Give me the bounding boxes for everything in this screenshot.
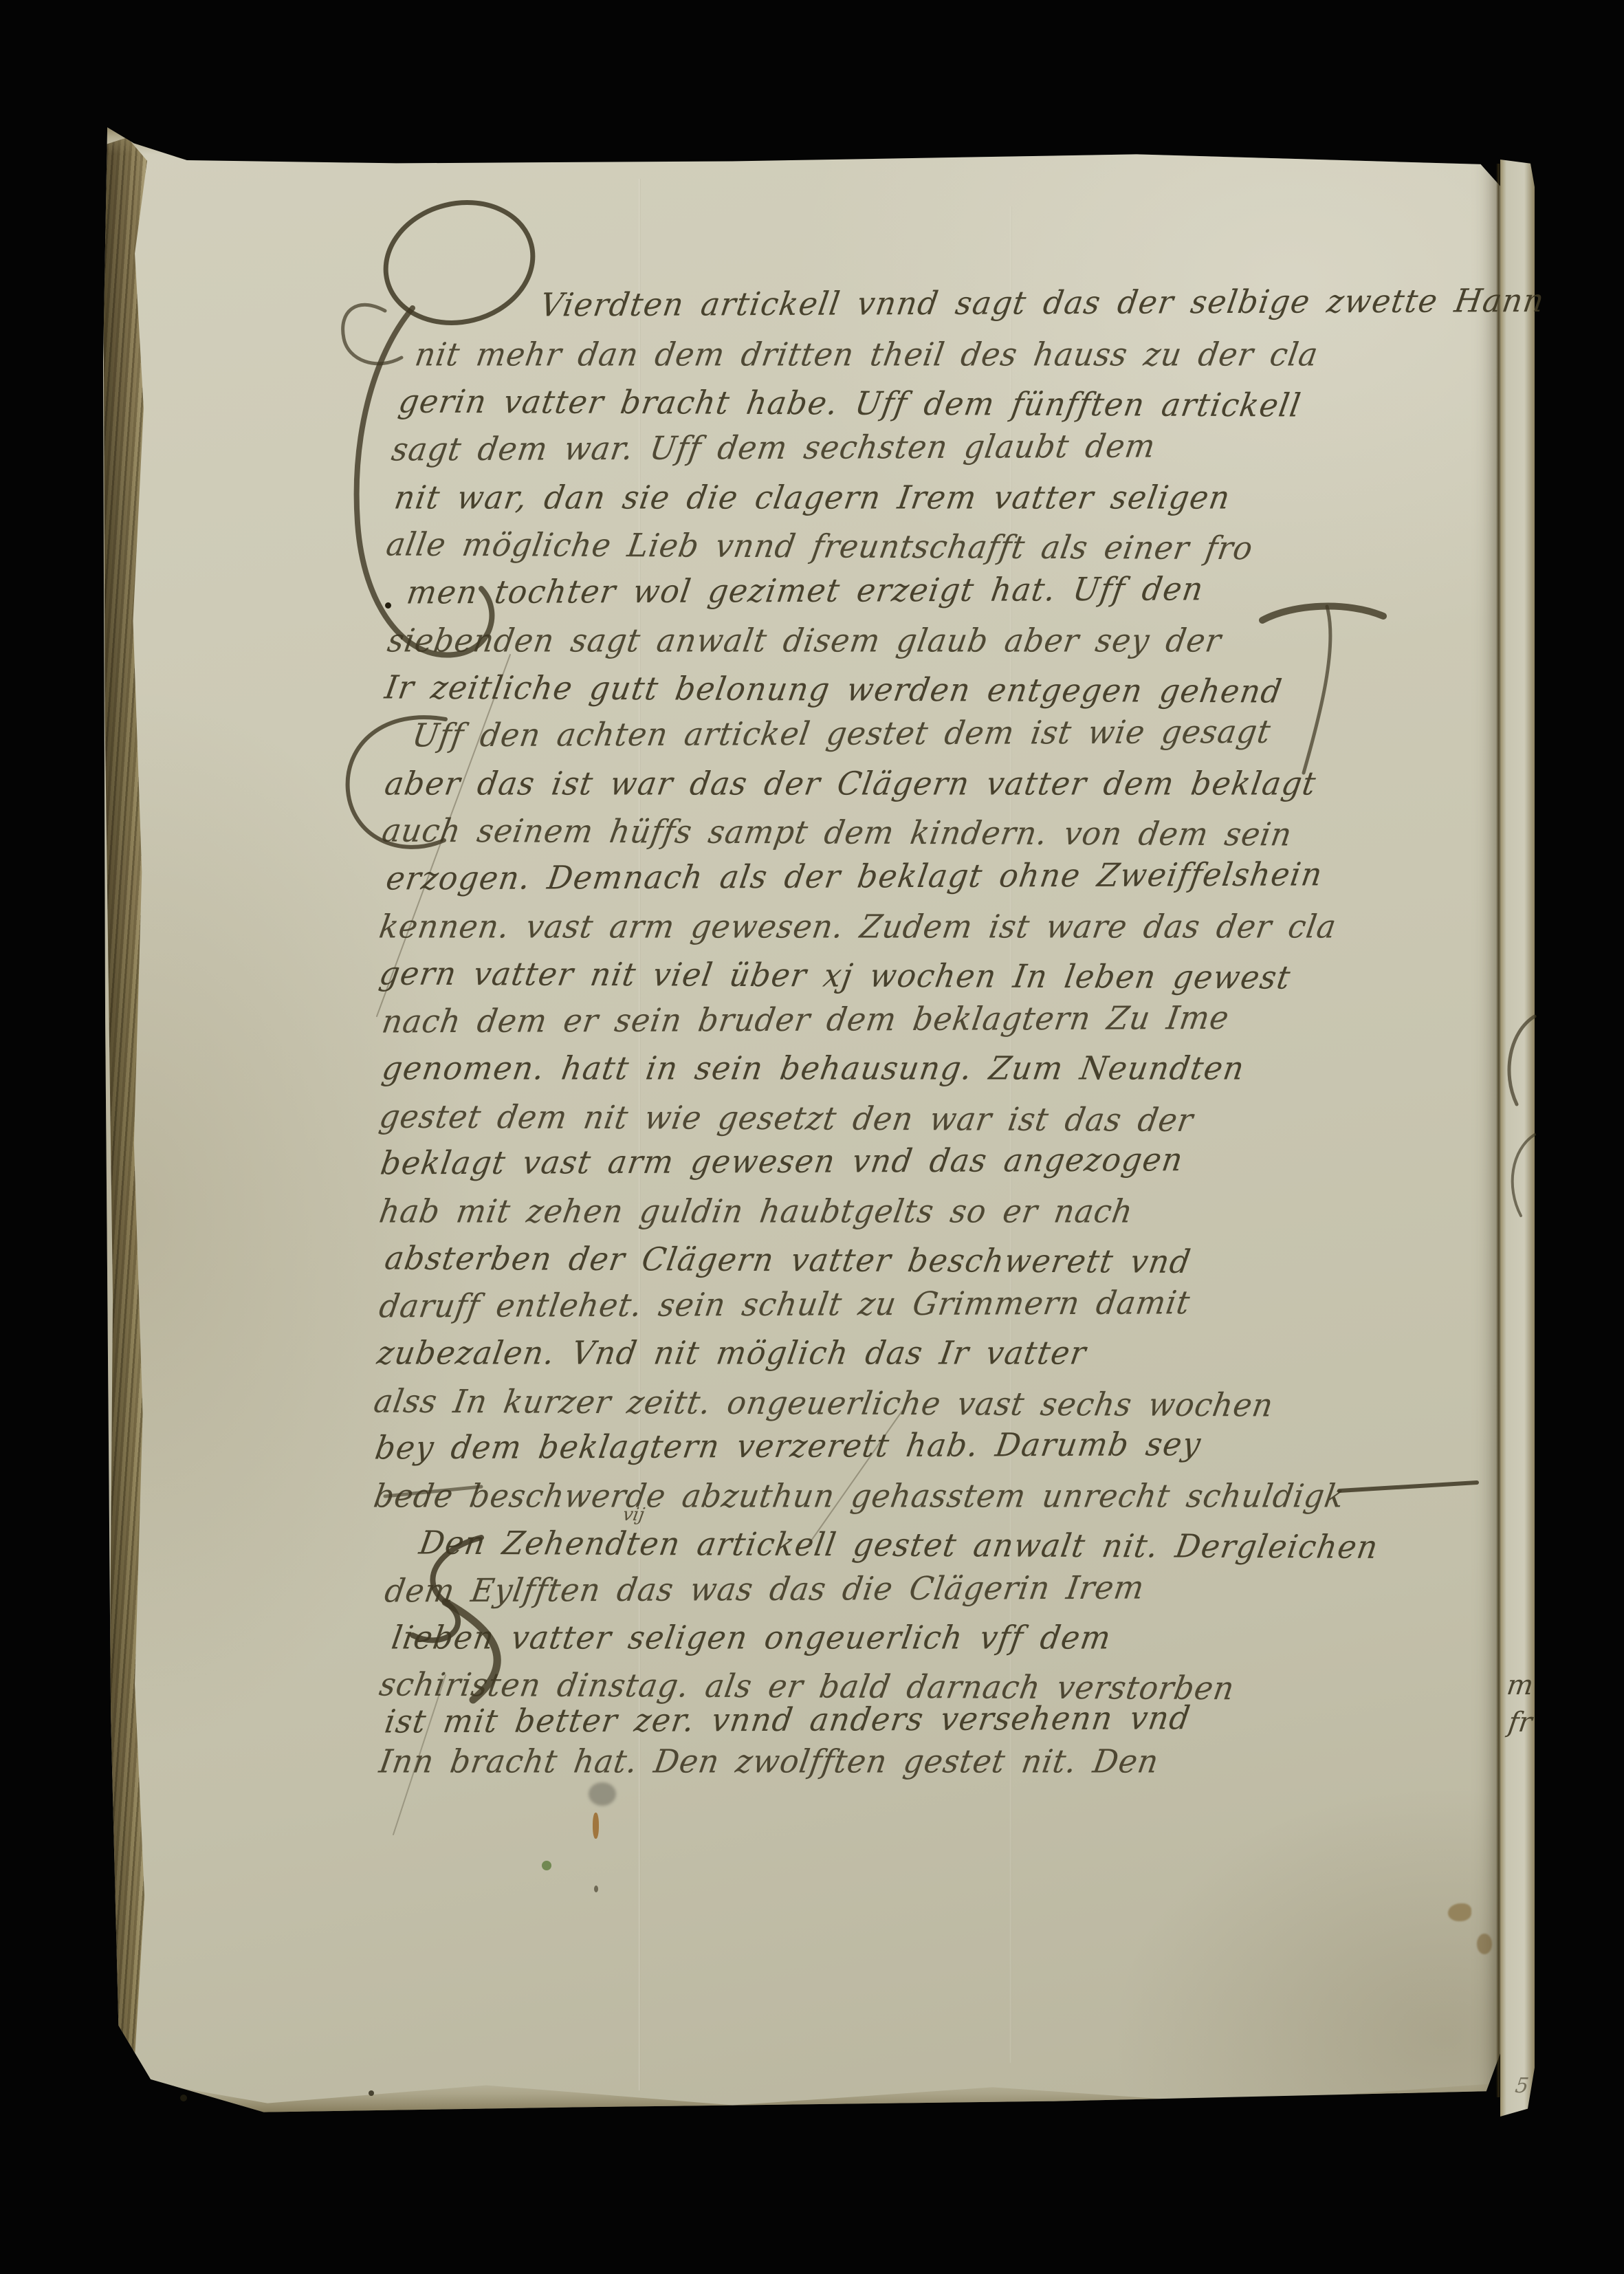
bottom-dot: [180, 2095, 187, 2101]
stain-rust-cluster: [1477, 1934, 1492, 1954]
manuscript-line: gern vatter nit viel über xj wochen In l…: [377, 954, 1294, 996]
manuscript-line: genomen. hatt in sein behausung. Zum Neu…: [380, 1049, 1247, 1087]
manuscript-line: nach dem er sein bruder dem beklagtern Z…: [380, 998, 1232, 1040]
manuscript-line: siebenden sagt anwalt disem glaub aber s…: [385, 622, 1225, 659]
manuscript-line: hab mit zehen guldin haubtgelts so er na…: [377, 1192, 1136, 1230]
stain-dark-deckle: [121, 996, 153, 1019]
manuscript-line: nit mehr dan dem dritten theil des hauss…: [413, 336, 1321, 373]
manuscript-line: Vierdten artickell vnnd sagt das der sel…: [538, 281, 1548, 324]
manuscript-line: sagt dem war. Uff dem sechsten glaubt de…: [389, 427, 1159, 468]
speck: [594, 1885, 598, 1892]
manuscript-line: alss In kurzer zeitt. ongeuerliche vast …: [371, 1382, 1276, 1424]
manuscript-line: Ir zeitliche gutt belonung werden entgeg…: [382, 668, 1285, 710]
manuscript-line: zubezalen. Vnd nit möglich das Ir vatter: [375, 1334, 1089, 1372]
margin-ink-dot: [385, 602, 391, 609]
stain-rust-cluster: [1448, 1903, 1471, 1921]
manuscript-line: kennen. vast arm gewesen. Zudem ist ware…: [377, 908, 1339, 945]
manuscript-line: bey dem beklagtern verzerett hab. Darumb…: [373, 1425, 1204, 1467]
manuscript-line: gerin vatter bracht habe. Uff dem fünfft…: [396, 382, 1304, 424]
manuscript-line: Inn bracht hat. Den zwolfften gestet nit…: [377, 1742, 1161, 1780]
manuscript-line: ist mit better zer. vnnd anders versehen…: [382, 1699, 1194, 1740]
margin-fragment-bottom: fr: [1506, 1707, 1534, 1738]
manuscript-line: absterben der Clägern vatter beschwerett…: [382, 1239, 1194, 1280]
interlinear-insertion: vij: [621, 1505, 646, 1525]
manuscript-line: men tochter wol gezimet erzeigt hat. Uff…: [404, 570, 1207, 611]
manuscript-line: daruff entlehet. sein schult zu Grimmern…: [377, 1284, 1193, 1325]
stain-rust-streak: [593, 1813, 599, 1839]
handwriting-block: Vierdten artickell vnnd sagt das der sel…: [0, 0, 1624, 2274]
manuscript-line: auch seinem hüffs sampt dem kindern. von…: [380, 811, 1295, 853]
archival-photo: Vierdten artickell vnnd sagt das der sel…: [0, 0, 1624, 2274]
manuscript-line: aber das ist war das der Clägern vatter …: [382, 765, 1319, 802]
manuscript-line: Uff den achten artickel gestet dem ist w…: [410, 712, 1273, 754]
stain-smudge: [589, 1782, 616, 1806]
manuscript-line: Den Zehendten artickell gestet anwalt ni…: [417, 1524, 1381, 1566]
manuscript-line: alle mögliche Lieb vnnd freuntschafft al…: [384, 525, 1256, 567]
bottom-dot: [369, 2090, 374, 2096]
manuscript-line: erzogen. Demnach als der beklagt ohne Zw…: [384, 855, 1326, 897]
manuscript-line: lieben vatter seligen ongeuerlich vff de…: [389, 1619, 1115, 1657]
manuscript-line: nit war, dan sie die clagern Irem vatter…: [392, 479, 1233, 516]
manuscript-line: bede beschwerde abzuthun gehasstem unrec…: [371, 1477, 1347, 1515]
stain-green-speck: [542, 1861, 551, 1870]
manuscript-line: beklagt vast arm gewesen vnd das angezog…: [378, 1141, 1186, 1182]
manuscript-line: gestet dem nit wie gesetzt den war ist d…: [377, 1097, 1196, 1139]
manuscript-line: dem Eylfften das was das die Clägerin Ir…: [382, 1568, 1147, 1610]
margin-fragment-top: m: [1505, 1670, 1535, 1701]
